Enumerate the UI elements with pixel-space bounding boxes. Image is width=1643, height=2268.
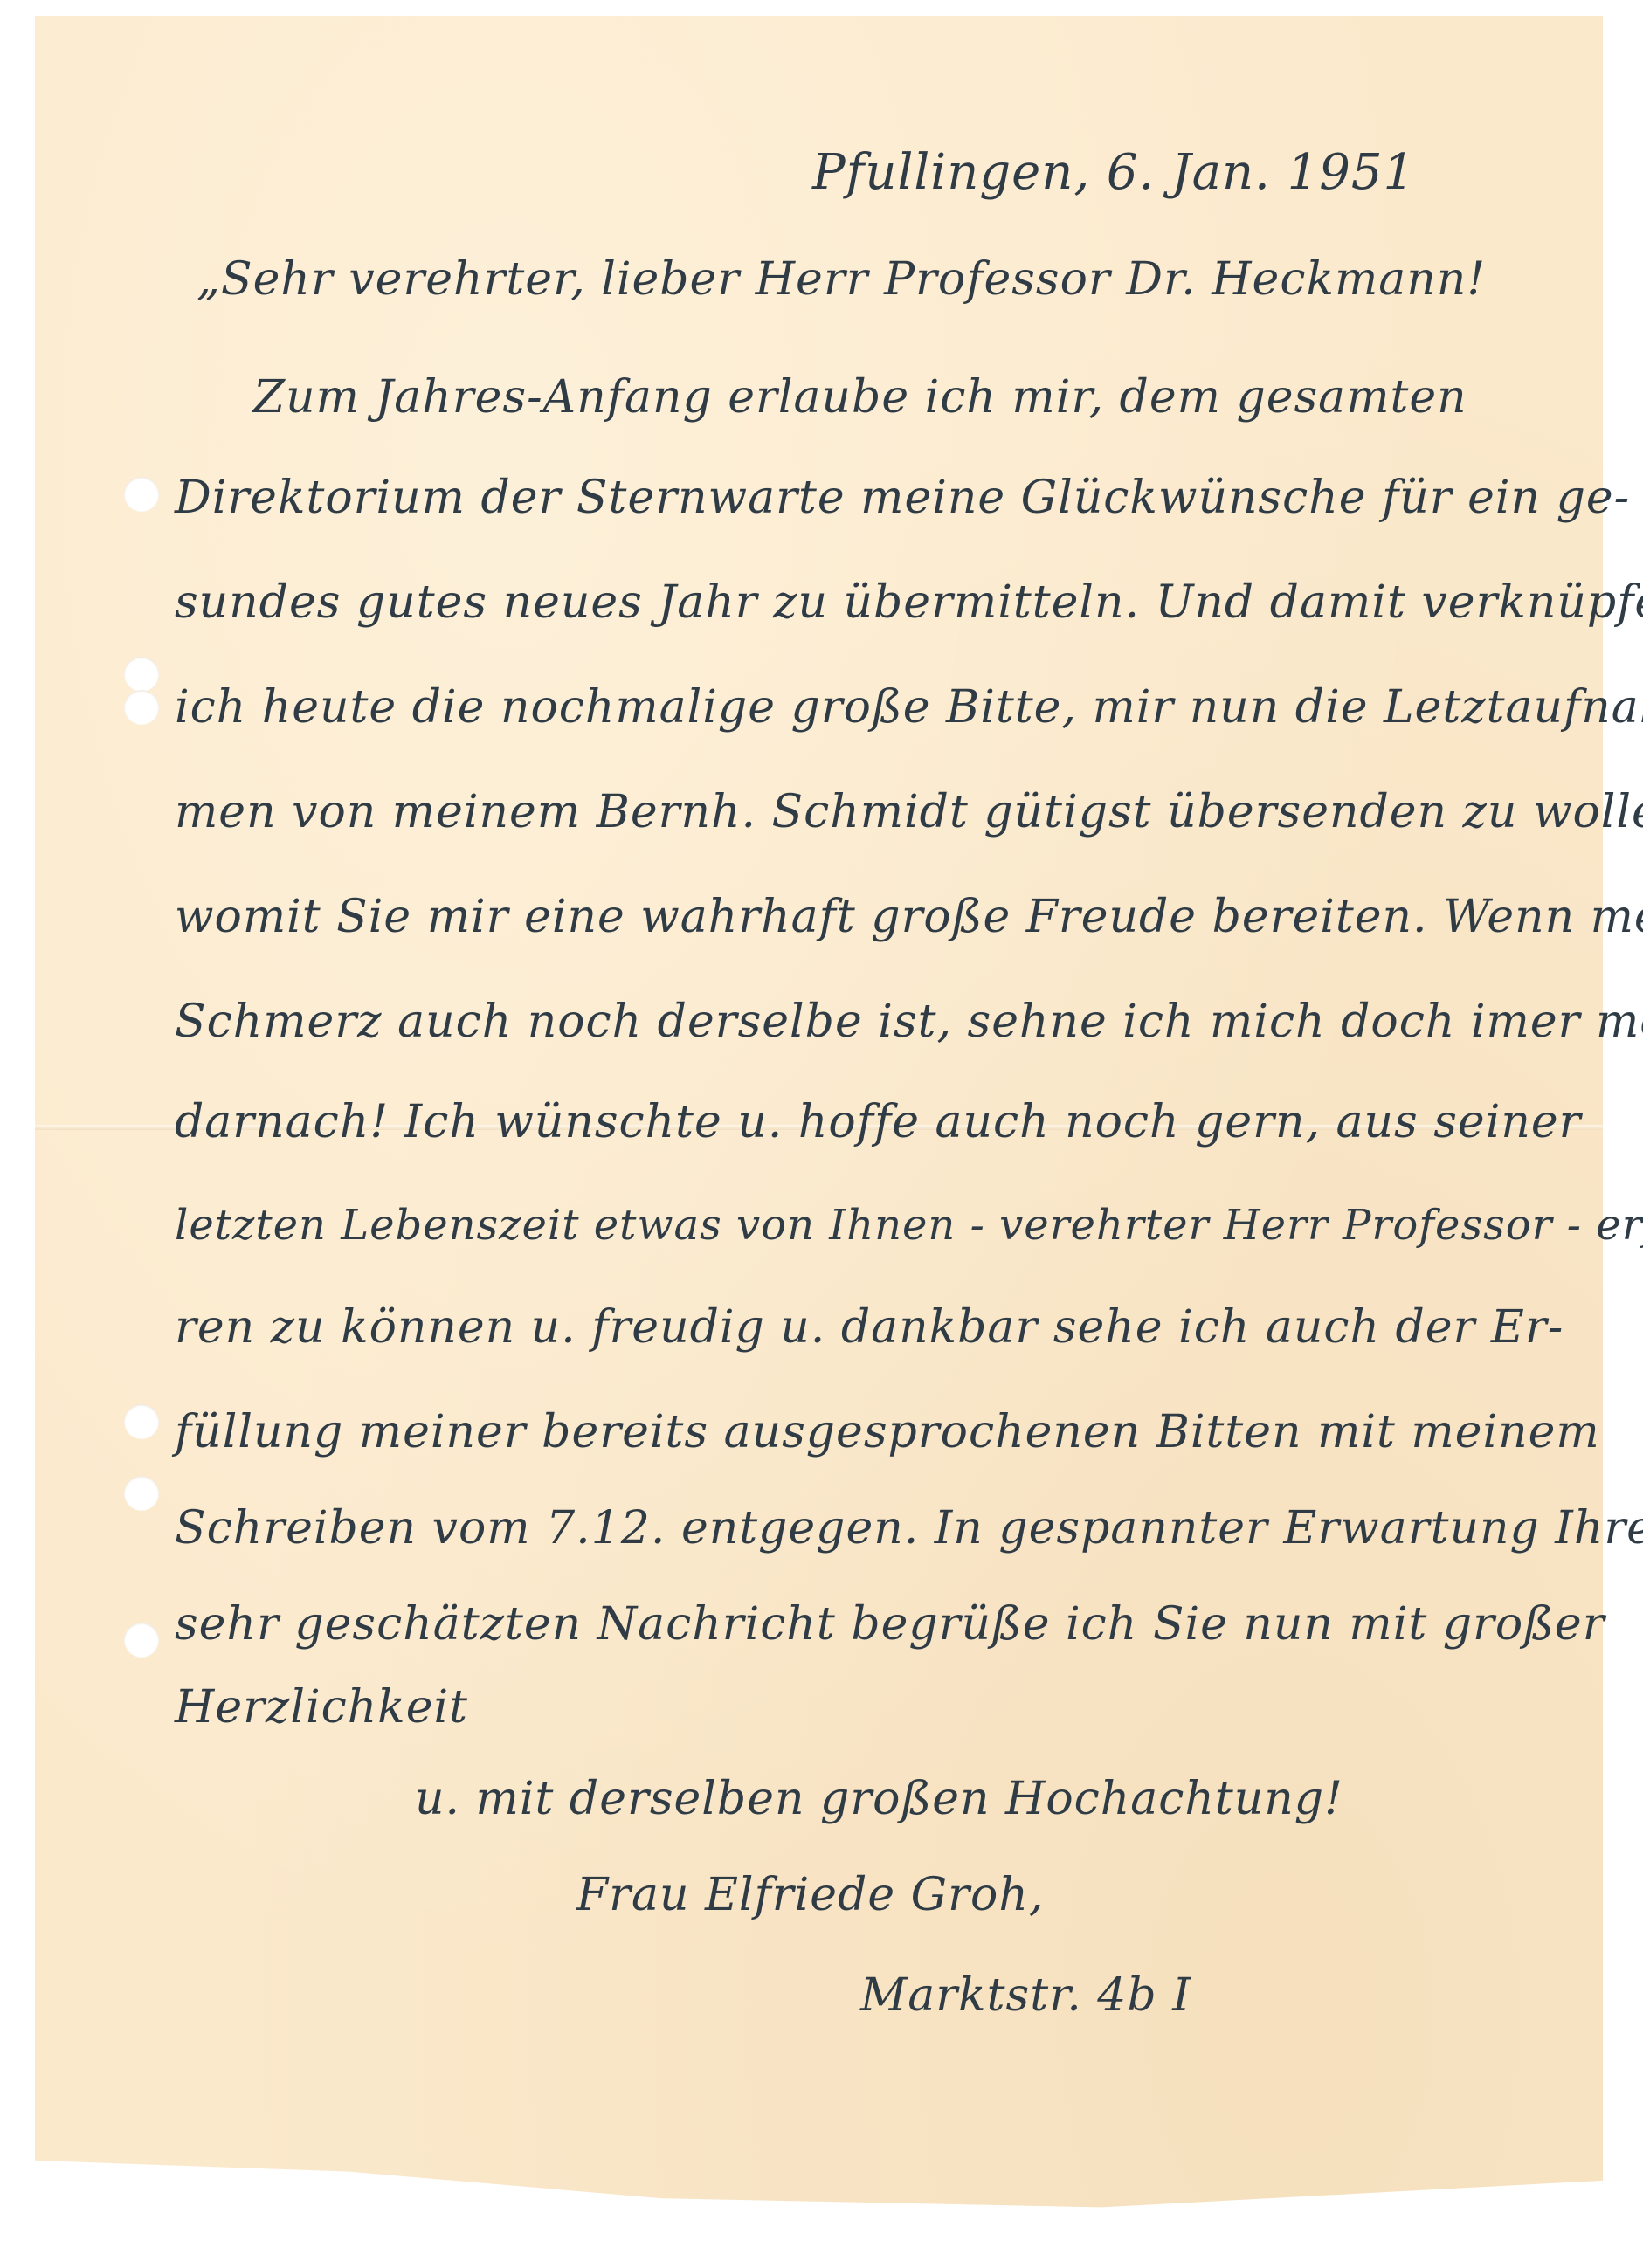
body-line: womit Sie mir eine wahrhaft große Freude… [175, 891, 1643, 943]
body-line: men von meinem Bernh. Schmidt gütigst üb… [175, 786, 1643, 838]
punch-hole [124, 477, 159, 512]
body-line: letzten Lebenszeit etwas von Ihnen - ver… [175, 1201, 1643, 1250]
closing: u. mit derselben großen Hochachtung! [415, 1773, 1343, 1825]
punch-hole [124, 1623, 159, 1658]
address: Marktstr. 4b I [860, 1969, 1191, 2022]
salutation: „Sehr verehrter, lieber Herr Professor D… [197, 253, 1486, 306]
body-line: ren zu können u. freudig u. dankbar sehe… [175, 1301, 1564, 1354]
punch-hole [124, 1404, 159, 1439]
punch-hole [124, 657, 159, 692]
body-line: Schmerz auch noch derselbe ist, sehne ic… [175, 996, 1643, 1048]
body-line: darnach! Ich wünschte u. hoffe auch noch… [175, 1096, 1581, 1148]
punch-hole [124, 690, 159, 725]
place-date: Pfullingen, 6. Jan. 1951 [812, 144, 1415, 201]
signature: Frau Elfriede Groh, [576, 1869, 1044, 1921]
body-line: füllung meiner bereits ausgesprochenen B… [175, 1406, 1600, 1458]
body-line: Herzlichkeit [175, 1681, 468, 1734]
body-line: Schreiben vom 7.12. entgegen. In gespann… [175, 1502, 1643, 1555]
body-line: sundes gutes neues Jahr zu übermitteln. … [175, 576, 1643, 629]
body-line: ich heute die nochmalige große Bitte, mi… [175, 681, 1643, 734]
body-line: sehr geschätzten Nachricht begrüße ich S… [175, 1598, 1605, 1651]
punch-hole [124, 1476, 159, 1511]
body-line: Direktorium der Sternwarte meine Glückwü… [175, 472, 1630, 524]
body-line: Zum Jahres-Anfang erlaube ich mir, dem g… [253, 371, 1467, 424]
